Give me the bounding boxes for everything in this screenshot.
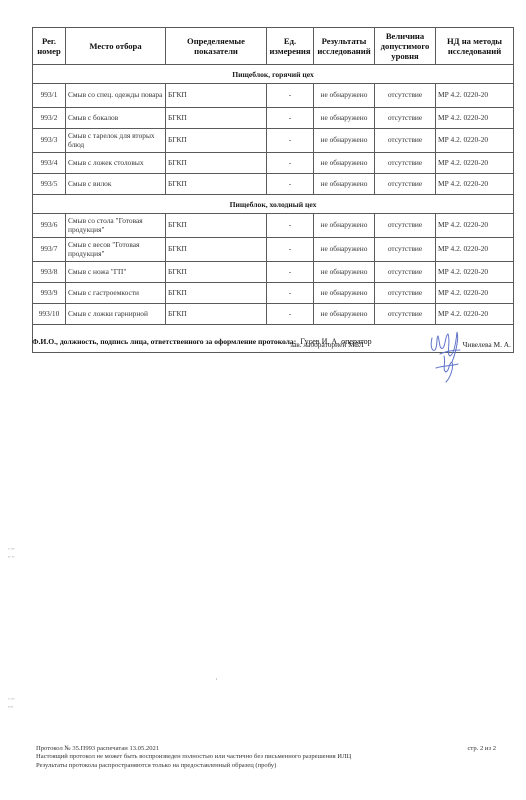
unit-cell: -: [267, 304, 314, 325]
permissible-level-cell: отсутствие: [375, 214, 436, 238]
page-number: стр. 2 из 2: [467, 745, 496, 753]
result-cell: не обнаружено: [314, 129, 375, 153]
header-results: Результаты исследований: [314, 28, 375, 65]
reg-number-cell: 993/5: [33, 174, 66, 195]
table-row: 993/7Смыв с весов "Готовая продукция"БГК…: [33, 238, 514, 262]
method-cell: МР 4.2. 0220-20: [436, 238, 514, 262]
table-row: 993/8Смыв с ножа "ГП"БГКП-не обнаруженоо…: [33, 262, 514, 283]
header-permissible-level: Величина допустимого уровня: [375, 28, 436, 65]
permissible-level-cell: отсутствие: [375, 304, 436, 325]
unit-cell: -: [267, 238, 314, 262]
sampling-place-cell: Смыв с ножа "ГП": [66, 262, 166, 283]
handwritten-signature-icon: [426, 328, 466, 386]
indicator-cell: БГКП: [166, 238, 267, 262]
table-row: 993/4Смыв с ложек столовыхБГКП-не обнару…: [33, 153, 514, 174]
indicator-cell: БГКП: [166, 174, 267, 195]
responsible-value: Гусев И. А. оператор: [300, 337, 371, 346]
header-unit: Ед. измерения: [267, 28, 314, 65]
reg-number-cell: 993/10: [33, 304, 66, 325]
table-row: 993/5Смыв с вилокБГКП-не обнаруженоотсут…: [33, 174, 514, 195]
section-row: Пищеблок, холодный цех: [33, 195, 514, 214]
indicator-cell: БГКП: [166, 214, 267, 238]
table-row: 993/10Смыв с ложки гарнирнойБГКП-не обна…: [33, 304, 514, 325]
result-cell: не обнаружено: [314, 214, 375, 238]
permissible-level-cell: отсутствие: [375, 108, 436, 129]
sampling-place-cell: Смыв с весов "Готовая продукция": [66, 238, 166, 262]
header-sampling-place: Место отбора: [66, 28, 166, 65]
reg-number-cell: 993/7: [33, 238, 66, 262]
header-method-docs: НД на методы исследований: [436, 28, 514, 65]
permissible-level-cell: отсутствие: [375, 283, 436, 304]
sampling-place-cell: Смыв с бокалов: [66, 108, 166, 129]
permissible-level-cell: отсутствие: [375, 262, 436, 283]
indicator-cell: БГКП: [166, 304, 267, 325]
permissible-level-cell: отсутствие: [375, 129, 436, 153]
scan-artifact: ▪ ▪▪▪▪▪ ▪▪: [8, 545, 15, 561]
section-title: Пищеблок, горячий цех: [33, 65, 514, 84]
table-row: 993/2Смыв с бокаловБГКП-не обнаруженоотс…: [33, 108, 514, 129]
result-cell: не обнаружено: [314, 153, 375, 174]
sampling-place-cell: Смыв с гастроемкости: [66, 283, 166, 304]
sampling-place-cell: Смыв со стола "Готовая продукция": [66, 214, 166, 238]
indicator-cell: БГКП: [166, 153, 267, 174]
permissible-level-cell: отсутствие: [375, 238, 436, 262]
result-cell: не обнаружено: [314, 262, 375, 283]
permissible-level-cell: отсутствие: [375, 174, 436, 195]
reg-number-cell: 993/1: [33, 84, 66, 108]
result-cell: не обнаружено: [314, 84, 375, 108]
method-cell: МР 4.2. 0220-20: [436, 153, 514, 174]
unit-cell: -: [267, 174, 314, 195]
table-row: 993/6Смыв со стола "Готовая продукция"БГ…: [33, 214, 514, 238]
sampling-place-cell: Смыв со спец. одежды повара: [66, 84, 166, 108]
unit-cell: -: [267, 153, 314, 174]
result-cell: не обнаружено: [314, 108, 375, 129]
method-cell: МР 4.2. 0220-20: [436, 283, 514, 304]
scan-speck: [216, 678, 217, 680]
header-indicators: Определяемые показатели: [166, 28, 267, 65]
results-table: Рег. номер Место отбора Определяемые пок…: [32, 27, 514, 353]
table-header-row: Рег. номер Место отбора Определяемые пок…: [33, 28, 514, 65]
sampling-place-cell: Смыв с ложки гарнирной: [66, 304, 166, 325]
method-cell: МР 4.2. 0220-20: [436, 84, 514, 108]
sampling-place-cell: Смыв с ложек столовых: [66, 153, 166, 174]
protocol-page: Рег. номер Место отбора Определяемые пок…: [0, 0, 526, 800]
sampling-place-cell: Смыв с вилок: [66, 174, 166, 195]
unit-cell: -: [267, 84, 314, 108]
indicator-cell: БГКП: [166, 108, 267, 129]
section-row: Пищеблок, горячий цех: [33, 65, 514, 84]
result-cell: не обнаружено: [314, 304, 375, 325]
result-cell: не обнаружено: [314, 174, 375, 195]
scope-notice: Результаты протокола распространяются то…: [36, 762, 496, 770]
indicator-cell: БГКП: [166, 283, 267, 304]
section-title: Пищеблок, холодный цех: [33, 195, 514, 214]
unit-cell: -: [267, 262, 314, 283]
scan-artifact: ▪ ▪▪▪▪▪▪▪: [8, 695, 15, 711]
method-cell: МР 4.2. 0220-20: [436, 174, 514, 195]
unit-cell: -: [267, 283, 314, 304]
result-cell: не обнаружено: [314, 283, 375, 304]
reproduction-notice: Настоящий протокол не может быть воспрои…: [36, 753, 496, 761]
indicator-cell: БГКП: [166, 262, 267, 283]
responsible-label: Ф.И.О., должность, подпись лица, ответст…: [32, 337, 296, 346]
permissible-level-cell: отсутствие: [375, 153, 436, 174]
indicator-cell: БГКП: [166, 84, 267, 108]
reg-number-cell: 993/6: [33, 214, 66, 238]
reg-number-cell: 993/9: [33, 283, 66, 304]
signoff-name: Чивелева М. А.: [463, 340, 511, 349]
unit-cell: -: [267, 214, 314, 238]
indicator-cell: БГКП: [166, 129, 267, 153]
protocol-print-line: Протокол № 35.П993 распечатан 13.05.2021: [36, 745, 496, 753]
sampling-place-cell: Смыв с тарелок для вторых блюд: [66, 129, 166, 153]
reg-number-cell: 993/3: [33, 129, 66, 153]
result-cell: не обнаружено: [314, 238, 375, 262]
method-cell: МР 4.2. 0220-20: [436, 304, 514, 325]
method-cell: МР 4.2. 0220-20: [436, 262, 514, 283]
method-cell: МР 4.2. 0220-20: [436, 214, 514, 238]
reg-number-cell: 993/8: [33, 262, 66, 283]
header-reg-number: Рег. номер: [33, 28, 66, 65]
responsible-person-line: Ф.И.О., должность, подпись лица, ответст…: [32, 337, 372, 346]
table-row: 993/3Смыв с тарелок для вторых блюдБГКП-…: [33, 129, 514, 153]
table-row: 993/9Смыв с гастроемкостиБГКП-не обнаруж…: [33, 283, 514, 304]
table-row: 993/1Смыв со спец. одежды повараБГКП-не …: [33, 84, 514, 108]
page-footer: Протокол № 35.П993 распечатан 13.05.2021…: [36, 745, 496, 770]
reg-number-cell: 993/2: [33, 108, 66, 129]
method-cell: МР 4.2. 0220-20: [436, 108, 514, 129]
reg-number-cell: 993/4: [33, 153, 66, 174]
permissible-level-cell: отсутствие: [375, 84, 436, 108]
method-cell: МР 4.2. 0220-20: [436, 129, 514, 153]
unit-cell: -: [267, 129, 314, 153]
unit-cell: -: [267, 108, 314, 129]
